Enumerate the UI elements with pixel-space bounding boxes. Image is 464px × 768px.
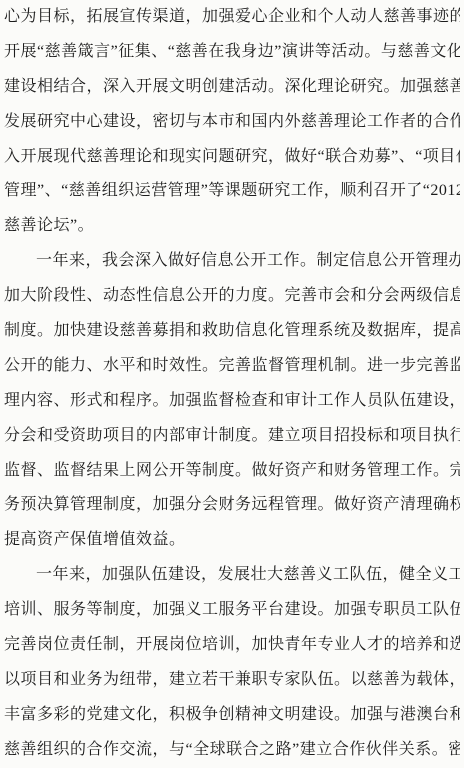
text-line: 分会和受资助项目的内部审计制度。建立项目招投标和项目执行跟踪 bbox=[4, 419, 460, 454]
text-line: 慈善组织的合作交流，与“全球联合之路”建立合作伙伴关系。密切 bbox=[4, 733, 460, 768]
text-line: 完善岗位责任制，开展岗位培训，加快青年专业人才的培养和选拔。 bbox=[4, 628, 460, 663]
document-page: 心为目标，拓展宣传渠道，加强爱心企业和个人动人慈善事迹的宣传，开展“慈善箴言”征… bbox=[0, 0, 464, 768]
text-line: 以项目和业务为纽带，建立若干兼职专家队伍。以慈善为载体，开展 bbox=[4, 663, 460, 698]
text-line: 建设相结合，深入开展文明创建活动。深化理论研究。加强慈善事业 bbox=[4, 70, 460, 105]
text-line: 心为目标，拓展宣传渠道，加强爱心企业和个人动人慈善事迹的宣传， bbox=[4, 0, 460, 35]
text-line: 管理”、“慈善组织运营管理”等课题研究工作，顺利召开了“2012 bbox=[4, 174, 460, 209]
text-line: 制度。加快建设慈善募捐和救助信息化管理系统及数据库，提高信息 bbox=[4, 314, 460, 349]
text-line: 丰富多彩的党建文化，积极争创精神文明建设。加强与港澳台和国际 bbox=[4, 698, 460, 733]
text-line: 慈善论坛”。 bbox=[4, 209, 460, 244]
text-line: 开展“慈善箴言”征集、“慈善在我身边”演讲等活动。与慈善文化 bbox=[4, 35, 460, 70]
text-line: 一年来，我会深入做好信息公开工作。制定信息公开管理办法， bbox=[4, 244, 460, 279]
text-line: 加大阶段性、动态性信息公开的力度。完善市会和分会两级信息公开 bbox=[4, 279, 460, 314]
text-line: 务预决算管理制度，加强分会财务远程管理。做好资产清理确权工作， bbox=[4, 488, 460, 523]
text-line: 监督、监督结果上网公开等制度。做好资产和财务管理工作。完善财 bbox=[4, 454, 460, 489]
text-line: 发展研究中心建设，密切与本市和国内外慈善理论工作者的合作，深 bbox=[4, 105, 460, 140]
text-line: 培训、服务等制度，加强义工服务平台建设。加强专职员工队伍建设， bbox=[4, 593, 460, 628]
text-line: 提高资产保值增值效益。 bbox=[4, 523, 460, 558]
document-text: 心为目标，拓展宣传渠道，加强爱心企业和个人动人慈善事迹的宣传，开展“慈善箴言”征… bbox=[4, 0, 460, 768]
text-line: 公开的能力、水平和时效性。完善监督管理机制。进一步完善监督管 bbox=[4, 349, 460, 384]
text-line: 理内容、形式和程序。加强监督检查和审计工作人员队伍建设，完善 bbox=[4, 384, 460, 419]
text-line: 一年来，加强队伍建设，发展壮大慈善义工队伍，健全义工注册、 bbox=[4, 558, 460, 593]
text-line: 入开展现代慈善理论和现实问题研究，做好“联合劝募”、“项目化 bbox=[4, 140, 460, 175]
